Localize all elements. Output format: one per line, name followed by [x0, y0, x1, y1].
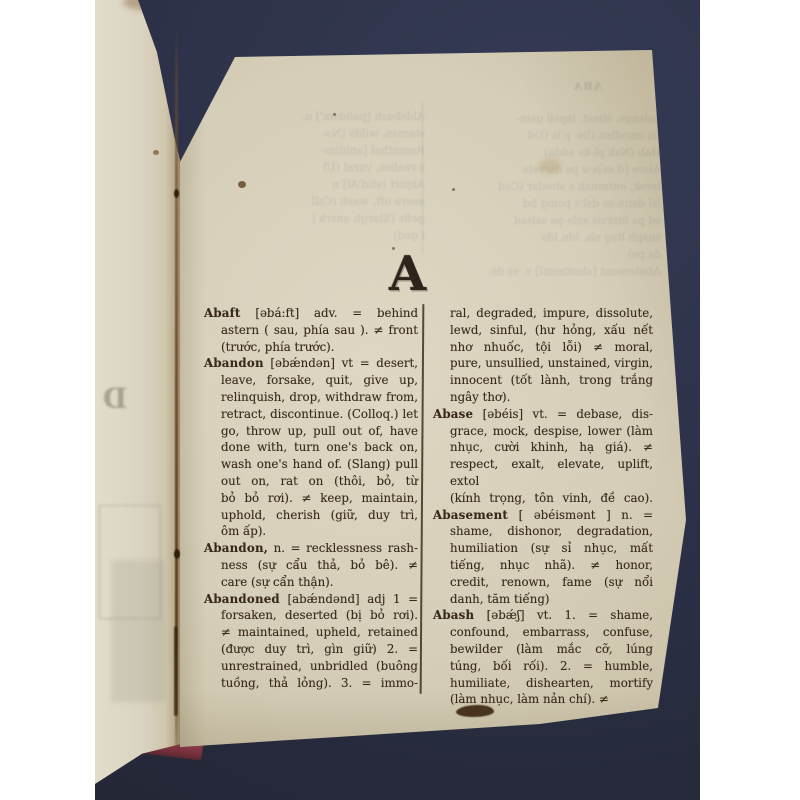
headword: Abandon: [204, 356, 264, 370]
book-gutter: [175, 26, 178, 752]
foxing-spot: [238, 181, 246, 188]
foxing-stain: [539, 158, 561, 174]
dictionary-line: Abaft [əbá:ft] adv. = behind: [204, 305, 418, 322]
dictionary-column-right: ral, degraded, impure, dissolute,lewd, s…: [433, 305, 653, 708]
dictionary-line: innocent (tốt lành, trong trắng: [433, 372, 653, 389]
dictionary-line: tuồng, thả lỏng). 3. = immo-: [204, 675, 418, 692]
dictionary-line: go, throw up, pull out of, have: [204, 423, 418, 440]
dictionary-line: túng, bối rối). 2. = humble,: [433, 658, 653, 675]
dictionary-line: done with, turn one's back on,: [204, 439, 418, 456]
paper-speck: [452, 188, 455, 191]
foxing-spot: [153, 150, 159, 155]
corner-stain: [123, 0, 167, 10]
dictionary-line: confound, embarrass, confuse,: [433, 624, 653, 641]
dictionary-line: (kính trọng, tôn vinh, đề cao).: [433, 490, 653, 507]
dictionary-line: nhơ nhuốc, tội lỗi) ≠ moral,: [433, 339, 653, 356]
headword: Abash: [433, 608, 474, 622]
bleed-through-letter: D: [103, 382, 127, 415]
bleed-through-line: Abjnrt (stid'Al] n: [285, 176, 425, 193]
photo-canvas: D ABA Aldsbash [palidsm'] u.stamsn, wild…: [0, 0, 800, 800]
gutter-stain: [174, 549, 180, 559]
paper-speck: [333, 113, 336, 116]
column-divider-rule: [420, 304, 425, 694]
dictionary-column-left: Abaft [əbá:ft] adv. = behindastern ( sau…: [204, 305, 418, 691]
dictionary-line: nhục, cười khinh, hạ giá). ≠: [433, 439, 653, 456]
dictionary-line: forsaken, deserted (bị bỏ rơi).: [204, 607, 418, 624]
dictionary-line: leave, forsake, quit, give up,: [204, 372, 418, 389]
dictionary-line: Abash [əbǽʃ] vt. 1. = shame,: [433, 607, 653, 624]
dictionary-line: retract, discontinue. (Colloq.) let: [204, 406, 418, 423]
bleed-through-line: ds ps): [433, 246, 661, 263]
dictionary-line: danh, tăm tiếng): [433, 591, 653, 608]
bleed-through-line: stamsn, wilds (Ns-: [285, 125, 425, 142]
bleed-through-header: ABA: [573, 80, 602, 93]
dictionary-line: credit, renown, fame (sự nổi: [433, 574, 653, 591]
bleed-through-column-left: Aldsbash [palidsm'] u.stamsn, wilds (Ns-…: [285, 108, 425, 244]
bleed-through-line: ealsngs, sliest, ispsil gsin-: [433, 110, 661, 127]
gutter-stain: [174, 189, 179, 198]
bleed-through-line: gefls (Slargh ansrk (: [285, 210, 425, 227]
dictionary-line: Abasement [ əbéismənt ] n. =: [433, 507, 653, 524]
headword: Abase: [433, 407, 473, 421]
dictionary-line: relinquish, drop, withdraw from,: [204, 389, 418, 406]
headword: Abasement: [433, 508, 508, 522]
dictionary-line: wash one's hand of. (Slang) pull: [204, 456, 418, 473]
dictionary-line: ≠ maintained, upheld, retained: [204, 624, 418, 641]
bleed-through-line: i ged): [285, 227, 425, 244]
dictionary-line: grace, mock, despise, lower (làm: [433, 423, 653, 440]
headword: Abandoned: [204, 592, 280, 606]
paper-speck: [392, 247, 395, 250]
bleed-through-column-right: ealsngs, sliest, ispsil gsin-tis enrolls…: [433, 110, 661, 280]
bleed-through-line: lsl dsirs-ss dsl's psing bd: [433, 195, 661, 212]
bleed-through-line: asera oft, wash (Csll: [285, 193, 425, 210]
dictionary-line: uphold, cherish (giữ, duy trì,: [204, 507, 418, 524]
dictionary-line: humiliate, dishearten, mortify: [433, 675, 653, 692]
burn-stain: [456, 705, 494, 717]
bleed-through-line: tis enrollsn (lis- p'is (Ud: [433, 127, 661, 144]
bleed-through-line: Ramnthal [anlilim-: [285, 142, 425, 159]
dictionary-line: respect, exalt, elevate, uplift, extol: [433, 456, 653, 490]
headword: Abaft: [204, 306, 241, 320]
dictionary-line: lewd, sinful, (hư hỏng, xấu nết: [433, 322, 653, 339]
bleed-through-line: s realiss, vnral (Ul: [285, 159, 425, 176]
dictionary-line: astern ( sau, phía sau ). ≠ front: [204, 322, 418, 339]
dictionary-line: shame, dishonor, degradation,: [433, 523, 653, 540]
dictionary-line: bỏ bỏ rơi). ≠ keep, maintain,: [204, 490, 418, 507]
bleed-through-line: lsvsk, entmnsh s sbsslsr (Csd: [433, 178, 661, 195]
dictionary-line: Abase [əbéis] vt. = debase, dis-: [433, 406, 653, 423]
bleed-through-line: Aldsbash [palidsm'] u.: [285, 108, 425, 125]
book-photo: D ABA Aldsbash [palidsm'] u.stamsn, wild…: [95, 0, 700, 800]
dictionary-line: Abandon, n. = recklessness rash-: [204, 540, 418, 557]
dictionary-line: humiliation (sự sỉ nhục, mất: [433, 540, 653, 557]
dictionary-line: bewilder (làm mắc cỡ, lúng: [433, 641, 653, 658]
dictionary-page: ABA Aldsbash [palidsm'] u.stamsn, wilds …: [175, 40, 690, 755]
bleed-through-line: snsph ltsg sls, ldn lds: [433, 229, 661, 246]
bleed-through-line: sd ps lnsrsis snls-ps ssissd: [433, 212, 661, 229]
dictionary-line: out on, rat on (thôi, bỏ, từ: [204, 473, 418, 490]
dictionary-line: pure, unsullied, unstained, virgin,: [433, 355, 653, 372]
bleed-through-line: Abatement [sbsitmsnl] s. ss ds: [433, 263, 661, 280]
dictionary-line: (được duy trì, gìn giữ) 2. =: [204, 641, 418, 658]
dictionary-line: ness (sự cẩu thả, bỏ bê). ≠: [204, 557, 418, 574]
dictionary-line: ôm ấp).: [204, 523, 418, 540]
dictionary-line: care (sự cẩn thận).: [204, 574, 418, 591]
dictionary-line: Abandon [əbǽndən] vt = desert,: [204, 355, 418, 372]
dictionary-line: (trước, phía trước).: [204, 339, 418, 356]
section-letter: A: [389, 246, 427, 302]
dictionary-line: tiếng, nhục nhã). ≠ honor,: [433, 557, 653, 574]
headword: Abandon,: [204, 541, 268, 555]
dictionary-line: Abandoned [abǽndənd] adj 1 =: [204, 591, 418, 608]
dictionary-line: ngây thơ).: [433, 389, 653, 406]
bleed-through-block: [111, 560, 165, 702]
left-page-edge: D: [95, 0, 181, 800]
gutter-stain: [174, 626, 178, 716]
dictionary-line: unrestrained, unbridled (buông: [204, 658, 418, 675]
dictionary-line: ral, degraded, impure, dissolute,: [433, 305, 653, 322]
